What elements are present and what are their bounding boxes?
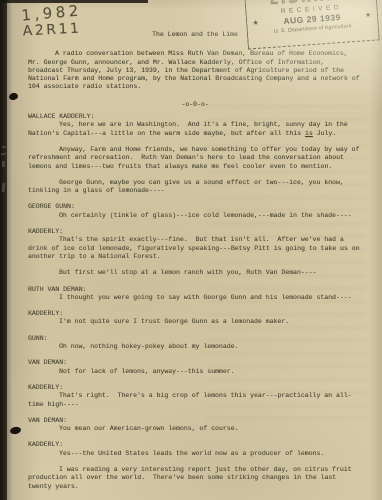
handwritten-note: 1,982 A2R11 (21, 1, 84, 40)
speaker-name: KADDERLY: (28, 310, 362, 318)
intro-paragraph: A radio conversation between Miss Ruth V… (28, 50, 362, 91)
speaker-name: KADDERLY: (28, 384, 362, 392)
handwritten-shelf-code: A2R11 (22, 20, 83, 39)
dialogue-entry: RUTH VAN DEMAN:I thought you were going … (28, 286, 362, 303)
dialogue-paragraph: Oh now, nothing hokey-pokey about my lem… (28, 343, 362, 351)
speaker-name: RUTH VAN DEMAN: (28, 286, 362, 294)
dialogue-entry: KADDERLY:That's right. There's a big cro… (28, 384, 362, 409)
dialogue-entry: KADDERLY:I'm not quite sure I trust Geor… (28, 310, 362, 327)
speaker-name: GEORGE GUNN: (28, 203, 362, 211)
section-separator: -o-0-o- (28, 101, 362, 109)
dialogue-paragraph: Not for lack of lemons, anyway---this su… (28, 368, 362, 376)
dialogue-paragraph: That's right. There's a big crop of lemo… (28, 392, 362, 409)
dialogue-entry: KADDERLY:Yes---the United States leads t… (28, 441, 362, 490)
scan-edge-binding (7, 0, 13, 500)
dialogue-entry: KADDERLY:That's the spirit exactly---fin… (28, 228, 362, 277)
dialogue-paragraph: I thought you were going to say with Geo… (28, 294, 362, 302)
pencil-mark (2, 183, 6, 192)
star-icon: ★ (365, 11, 372, 20)
dialogue-entry: WALLACE KADDERLY:Yes, here we are in Was… (28, 113, 362, 195)
speaker-name: GUNN: (28, 335, 362, 343)
dialogue-paragraph: Yes, here we are in Washington. And it's… (28, 121, 362, 138)
dialogue: WALLACE KADDERLY:Yes, here we are in Was… (28, 113, 362, 491)
ink-dot (9, 426, 21, 435)
dialogue-paragraph: That's the spirit exactly---fine. But th… (28, 236, 362, 261)
speaker-name: VAN DEMAN: (28, 417, 362, 425)
speaker-name: KADDERLY: (28, 441, 362, 449)
dialogue-paragraph: I'm not quite sure I trust George Gunn a… (28, 318, 362, 326)
speaker-name: KADDERLY: (28, 228, 362, 236)
ink-dot (8, 92, 18, 101)
dialogue-paragraph: Oh certainly (tinkle of glass)---ice col… (28, 212, 362, 220)
dialogue-entry: VAN DEMAN:You mean our American-grown le… (28, 417, 362, 434)
scanned-document-page: 1,982 A2R11 LIBRARY RECEIVED ★ AUG 29 19… (0, 0, 382, 500)
star-icon: ★ (252, 19, 259, 28)
scan-edge-dark (0, 0, 7, 500)
typewritten-content: The Lemon and the Lime A radio conversat… (28, 31, 362, 491)
scan-edge-top (0, 0, 148, 3)
dialogue-paragraph: Yes---the United States leads the world … (28, 450, 362, 458)
dialogue-paragraph: Anyway, Farm and Home friends, we have s… (28, 146, 362, 171)
dialogue-paragraph: George Gunn, maybe you can give us a sou… (28, 179, 362, 196)
dialogue-paragraph: You mean our American-grown lemons, of c… (28, 425, 362, 433)
speaker-name: VAN DEMAN: (28, 359, 362, 367)
dialogue-entry: VAN DEMAN:Not for lack of lemons, anyway… (28, 359, 362, 376)
dialogue-entry: GUNN:Oh now, nothing hokey-pokey about m… (28, 335, 362, 352)
pencil-mark (2, 161, 5, 167)
dialogue-paragraph: I was reading a very interesting report … (28, 466, 362, 491)
speaker-name: WALLACE KADDERLY: (28, 113, 362, 121)
dialogue-paragraph: But first we'll stop at a lemon ranch wi… (28, 269, 362, 277)
dialogue-entry: GEORGE GUNN:Oh certainly (tinkle of glas… (28, 203, 362, 220)
